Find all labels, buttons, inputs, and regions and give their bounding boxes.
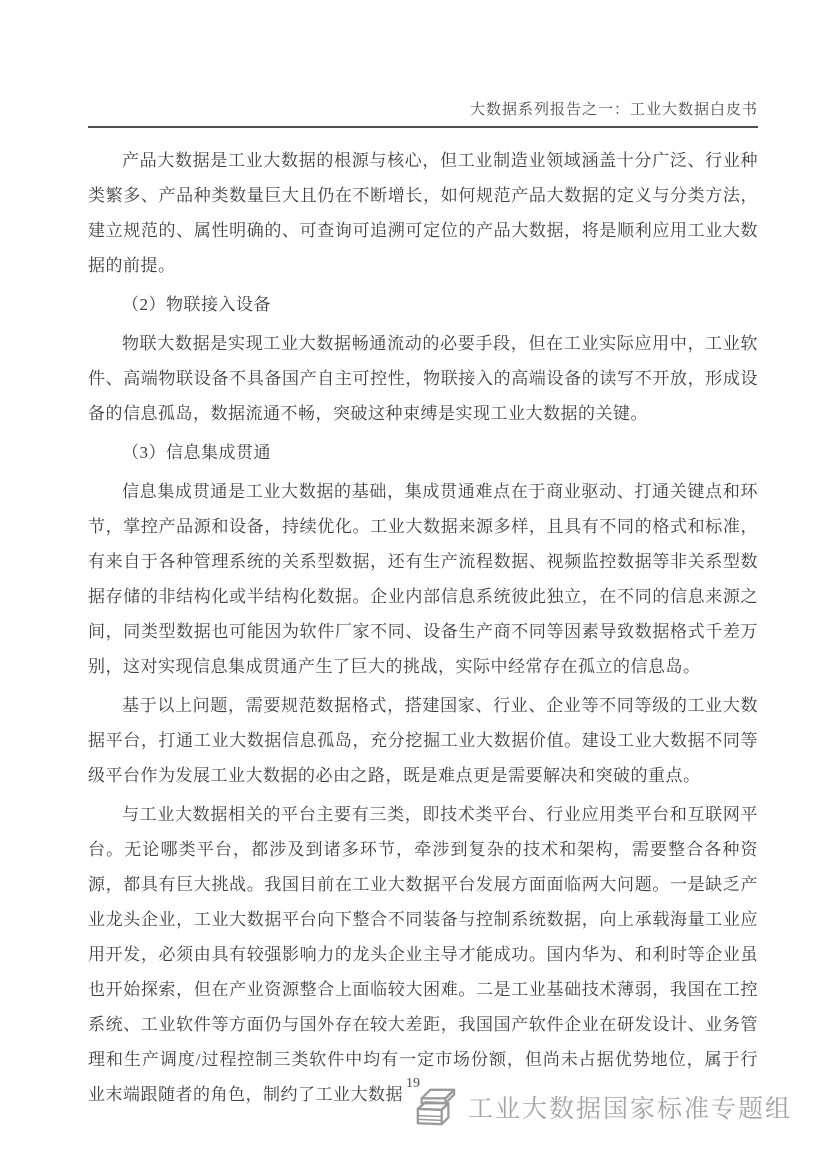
watermark-label: 工业大数据国家标准专题组 [468, 1089, 792, 1125]
paragraph-iot-access: 物联大数据是实现工业大数据畅通流动的必要手段，但在工业实际应用中，工业软件、高端… [88, 326, 758, 431]
paragraph-platform-levels: 基于以上问题，需要规范数据格式，搭建国家、行业、企业等不同等级的工业大数据平台，… [88, 688, 758, 793]
document-page: 大数据系列报告之一：工业大数据白皮书 产品大数据是工业大数据的根源与核心，但工业… [0, 0, 826, 1169]
section-heading-iot-access: （2）物联接入设备 [88, 287, 758, 322]
books-stack-icon [412, 1086, 458, 1128]
paragraph-product-bigdata: 产品大数据是工业大数据的根源与核心，但工业制造业领域涵盖十分广泛、行业种类繁多、… [88, 143, 758, 283]
footer-watermark: 工业大数据国家标准专题组 [412, 1086, 792, 1128]
page-header: 大数据系列报告之一：工业大数据白皮书 [88, 98, 758, 128]
header-title: 大数据系列报告之一：工业大数据白皮书 [470, 102, 758, 118]
document-body: 产品大数据是工业大数据的根源与核心，但工业制造业领域涵盖十分广泛、行业种类繁多、… [88, 143, 758, 1116]
paragraph-info-integration: 信息集成贯通是工业大数据的基础，集成贯通难点在于商业驱动、打通关键点和环节，掌控… [88, 474, 758, 684]
section-heading-info-integration: （3）信息集成贯通 [88, 435, 758, 470]
paragraph-platform-types: 与工业大数据相关的平台主要有三类，即技术类平台、行业应用类平台和互联网平台。无论… [88, 797, 758, 1112]
